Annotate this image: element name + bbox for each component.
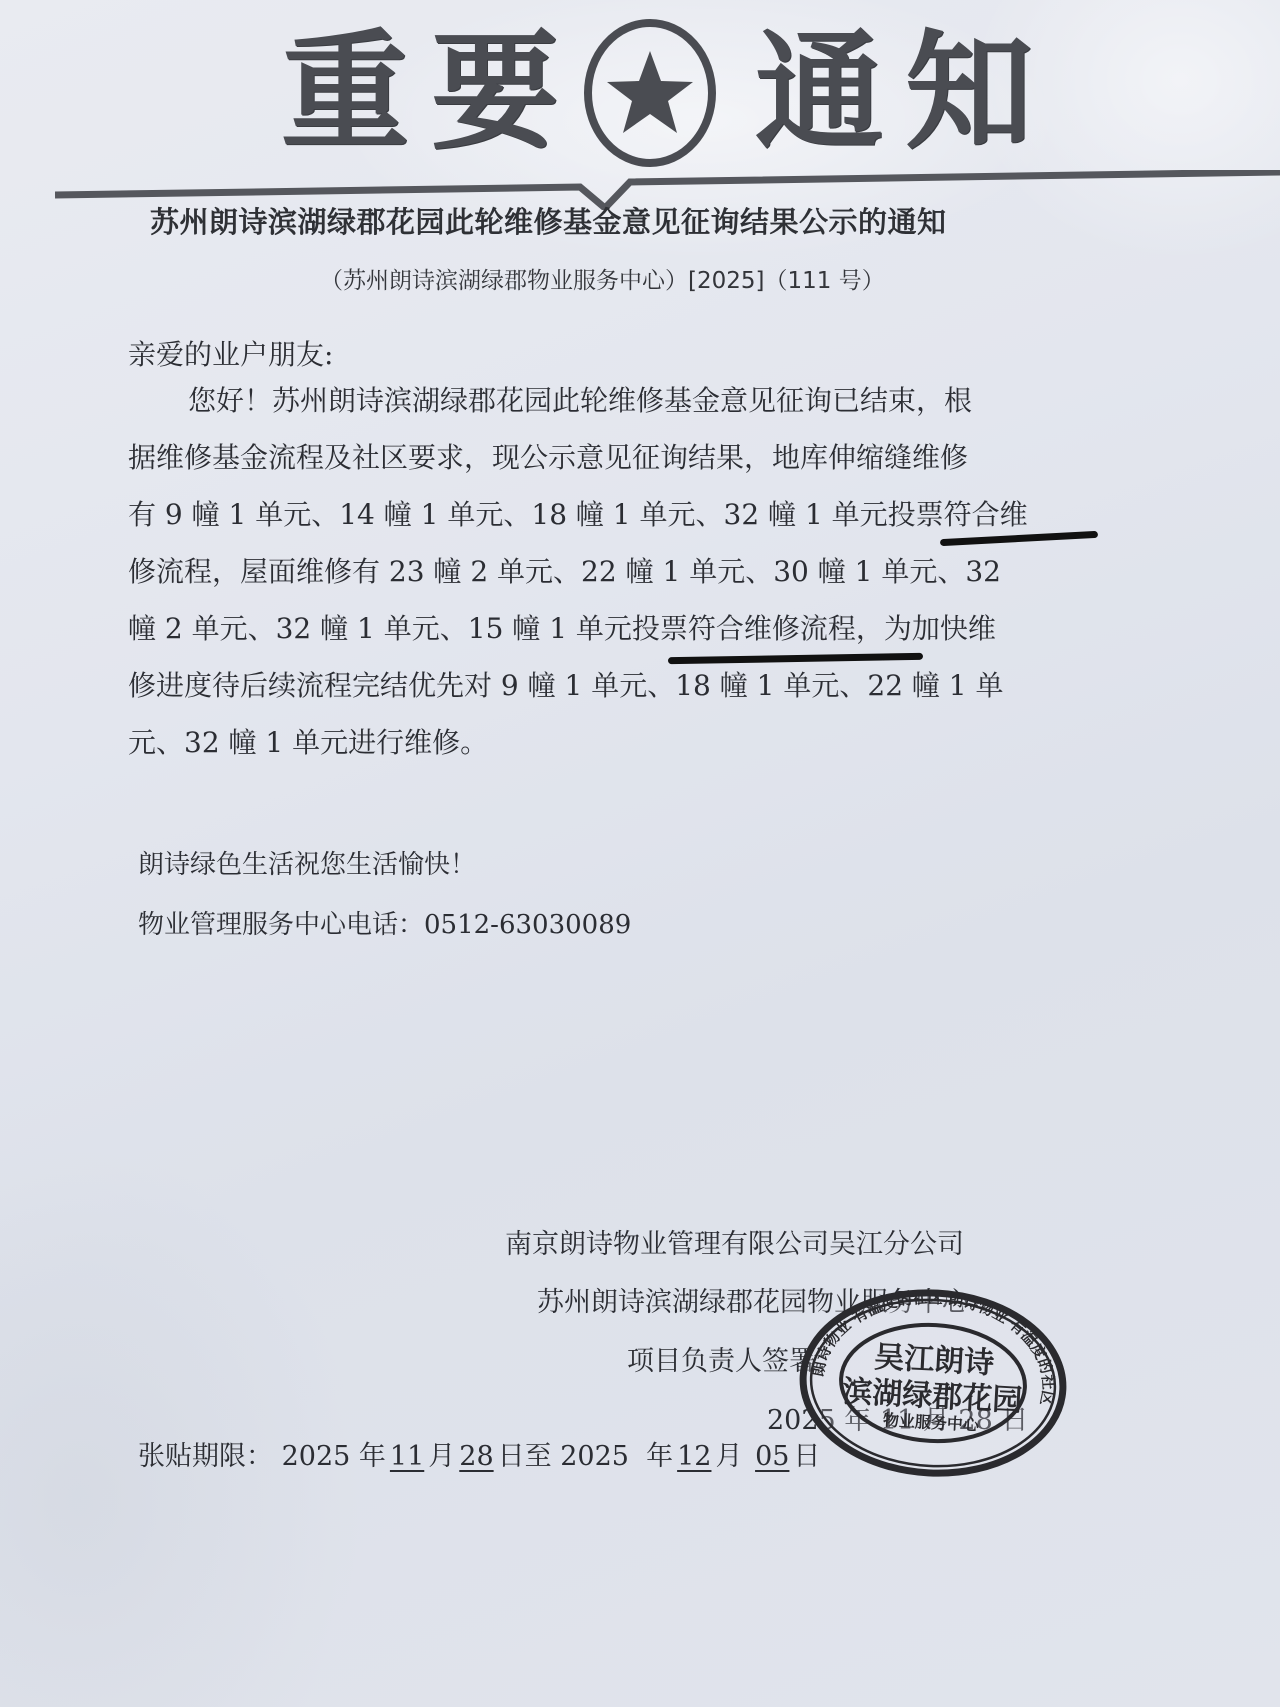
body-line: 元、32 幢 1 单元进行维修。 xyxy=(128,714,1098,771)
start-day: 28 xyxy=(455,1441,497,1472)
company-name: 南京朗诗物业管理有限公司吴江分公司 xyxy=(505,1222,964,1261)
posting-label: 张贴期限： xyxy=(138,1441,273,1472)
year-unit: 年 xyxy=(359,1441,386,1472)
year-unit: 年 xyxy=(646,1441,673,1472)
phone-number: 0512-63030089 xyxy=(424,910,631,940)
banner-char: 知 xyxy=(894,29,1044,157)
closing-block: 朗诗绿色生活祝您生活愉快！ 物业管理服务中心电话：0512-63030089 xyxy=(138,843,631,963)
phone-label: 物业管理服务中心电话： xyxy=(138,910,424,940)
company-seal: 朗诗物业 有温度的社区 朗诗物业 有温度的社区 吴江朗诗 滨湖绿郡花园 物业服务… xyxy=(793,1281,1073,1485)
body-line: 您好！苏州朗诗滨湖绿郡花园此轮维修基金意见征询已结束，根 xyxy=(128,372,1098,429)
seal-line: 吴江朗诗 xyxy=(873,1340,995,1381)
day-unit: 日 xyxy=(793,1441,820,1472)
banner-char: 重 xyxy=(270,29,420,157)
star-in-circle-icon xyxy=(580,18,720,168)
end-month: 12 xyxy=(673,1441,715,1472)
document-reference-number: （苏州朗诗滨湖绿郡物业服务中心）[2025]（111 号） xyxy=(320,262,885,295)
month-unit: 月 xyxy=(428,1441,455,1472)
notice-body: 您好！苏州朗诗滨湖绿郡花园此轮维修基金意见征询已结束，根 据维修基金流程及社区要… xyxy=(128,372,1098,771)
month-unit: 月 xyxy=(715,1441,742,1472)
body-line: 幢 2 单元、32 幢 1 单元、15 幢 1 单元投票符合维修流程，为加快维 xyxy=(128,600,1098,657)
start-year: 2025 xyxy=(282,1441,351,1472)
banner-char: 要 xyxy=(420,29,570,157)
to-label: 日至 xyxy=(498,1441,552,1472)
salutation: 亲爱的业户朋友: xyxy=(128,333,333,373)
important-notice-banner: 重 要 通 知 xyxy=(270,18,1050,168)
service-phone: 物业管理服务中心电话：0512-63030089 xyxy=(138,903,631,963)
body-line: 据维修基金流程及社区要求，现公示意见征询结果，地库伸缩缝维修 xyxy=(128,429,1098,486)
closing-wish: 朗诗绿色生活祝您生活愉快！ xyxy=(138,843,631,903)
posting-period: 张贴期限： 2025 年11月28日至 2025 年12月 05日 xyxy=(138,1434,820,1473)
end-day: 05 xyxy=(751,1441,793,1472)
start-month: 11 xyxy=(386,1441,428,1472)
end-year: 2025 xyxy=(560,1441,629,1472)
body-line: 修流程，屋面维修有 23 幢 2 单元、22 幢 1 单元、30 幢 1 单元、… xyxy=(128,543,1098,600)
body-line: 有 9 幢 1 单元、14 幢 1 单元、18 幢 1 单元、32 幢 1 单元… xyxy=(128,486,1098,543)
body-line: 修进度待后续流程完结优先对 9 幢 1 单元、18 幢 1 单元、22 幢 1 … xyxy=(128,657,1098,714)
banner-char: 通 xyxy=(744,29,894,157)
document-title: 苏州朗诗滨湖绿郡花园此轮维修基金意见征询结果公示的通知 xyxy=(150,200,1130,241)
